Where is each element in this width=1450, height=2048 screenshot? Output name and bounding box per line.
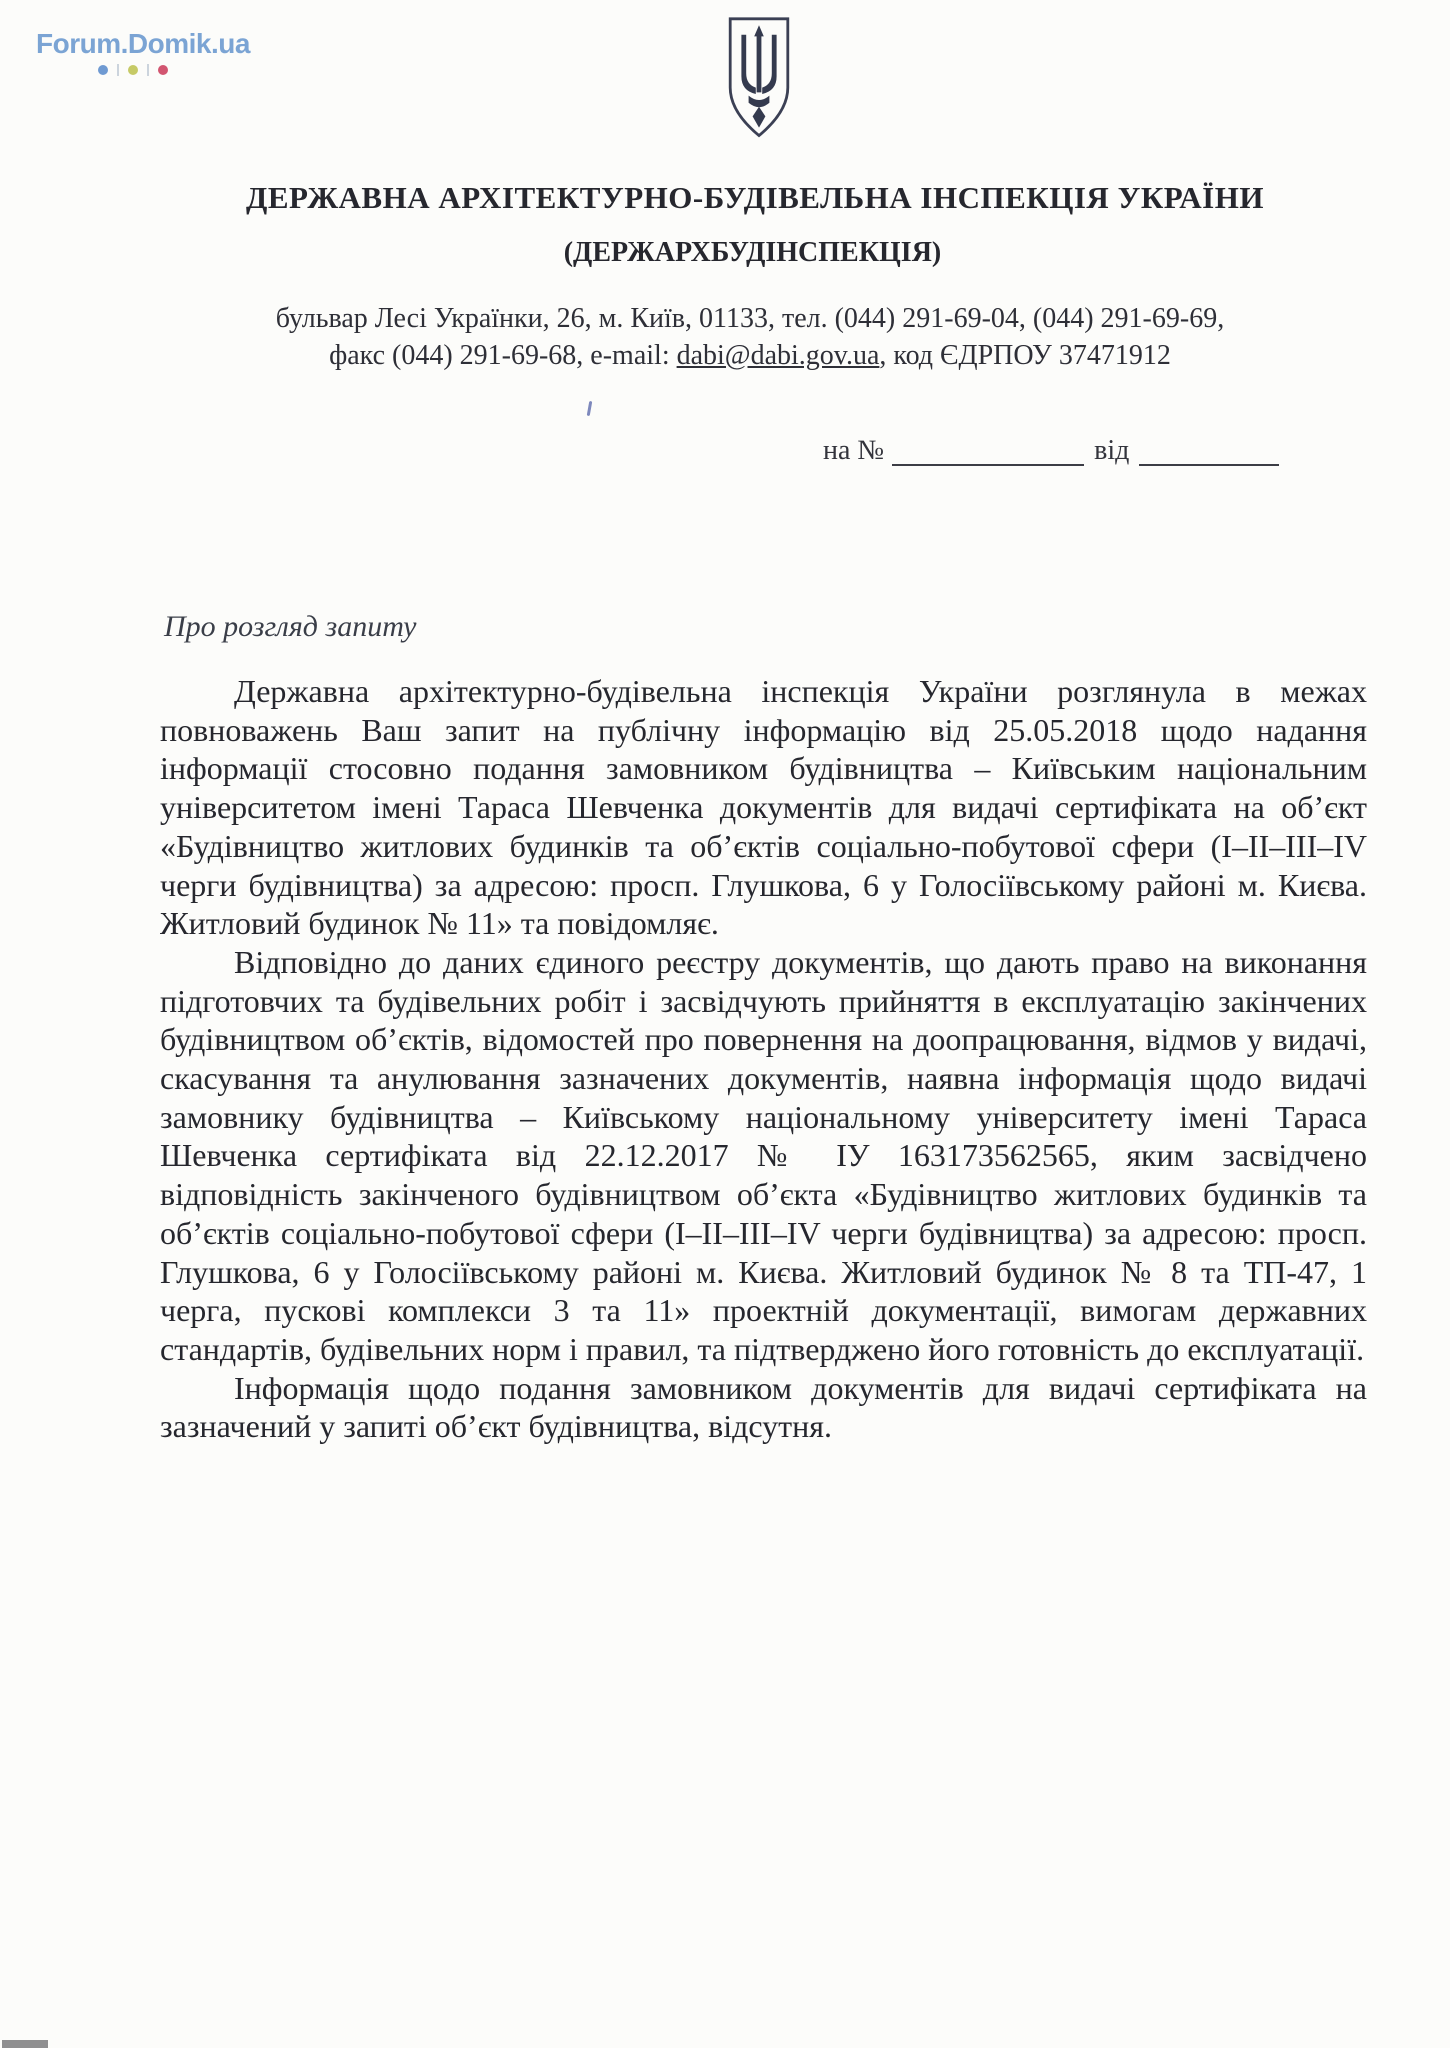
ref-number-blank: [892, 436, 1084, 466]
watermark: Forum.Domik.ua: [36, 28, 250, 76]
fax-and-email-label: факс (044) 291-69-68, e-mail:: [329, 340, 677, 371]
ref-date-label: від: [1094, 436, 1129, 466]
org-title: ДЕРЖАВНА АРХІТЕКТУРНО-БУДІВЕЛЬНА ІНСПЕКЦ…: [60, 180, 1450, 216]
letter-body: Державна архітектурно-будівельна інспекц…: [160, 672, 1367, 1446]
org-address-line: бульвар Лесі Українки, 26, м. Київ, 0113…: [50, 303, 1450, 335]
red-dot-icon: [158, 65, 168, 75]
dot-separator: [147, 64, 149, 76]
pen-tick-mark: [587, 401, 593, 416]
edrpou-code: , код ЄДРПОУ 37471912: [879, 340, 1170, 371]
blue-dot-icon: [98, 65, 108, 75]
ref-date-blank: [1139, 436, 1279, 466]
dot-separator: [117, 64, 119, 76]
reference-line: на № від: [823, 436, 1279, 466]
email-link[interactable]: dabi@dabi.gov.ua: [677, 340, 880, 371]
watermark-text: Forum.Domik.ua: [36, 28, 250, 60]
scan-artifact: [2, 2040, 48, 2048]
body-paragraph: Інформація щодо подання замовником докум…: [160, 1369, 1367, 1446]
org-contact-line: факс (044) 291-69-68, e-mail: dabi@dabi.…: [50, 340, 1450, 372]
ref-number-label: на №: [823, 436, 884, 466]
document-page: Forum.Domik.ua ДЕРЖАВНА АРХІТЕКТУРНО-БУД…: [0, 0, 1450, 2048]
body-paragraph: Відповідно до даних єдиного реєстру доку…: [160, 943, 1367, 1369]
watermark-dots: [98, 64, 250, 76]
org-short-name: (ДЕРЖАРХБУДІНСПЕКЦІЯ): [55, 237, 1450, 269]
body-paragraph: Державна архітектурно-будівельна інспекц…: [160, 672, 1367, 943]
olive-dot-icon: [128, 65, 138, 75]
ukraine-trident-emblem-icon: [719, 14, 799, 142]
subject-line: Про розгляд запиту: [164, 610, 416, 644]
